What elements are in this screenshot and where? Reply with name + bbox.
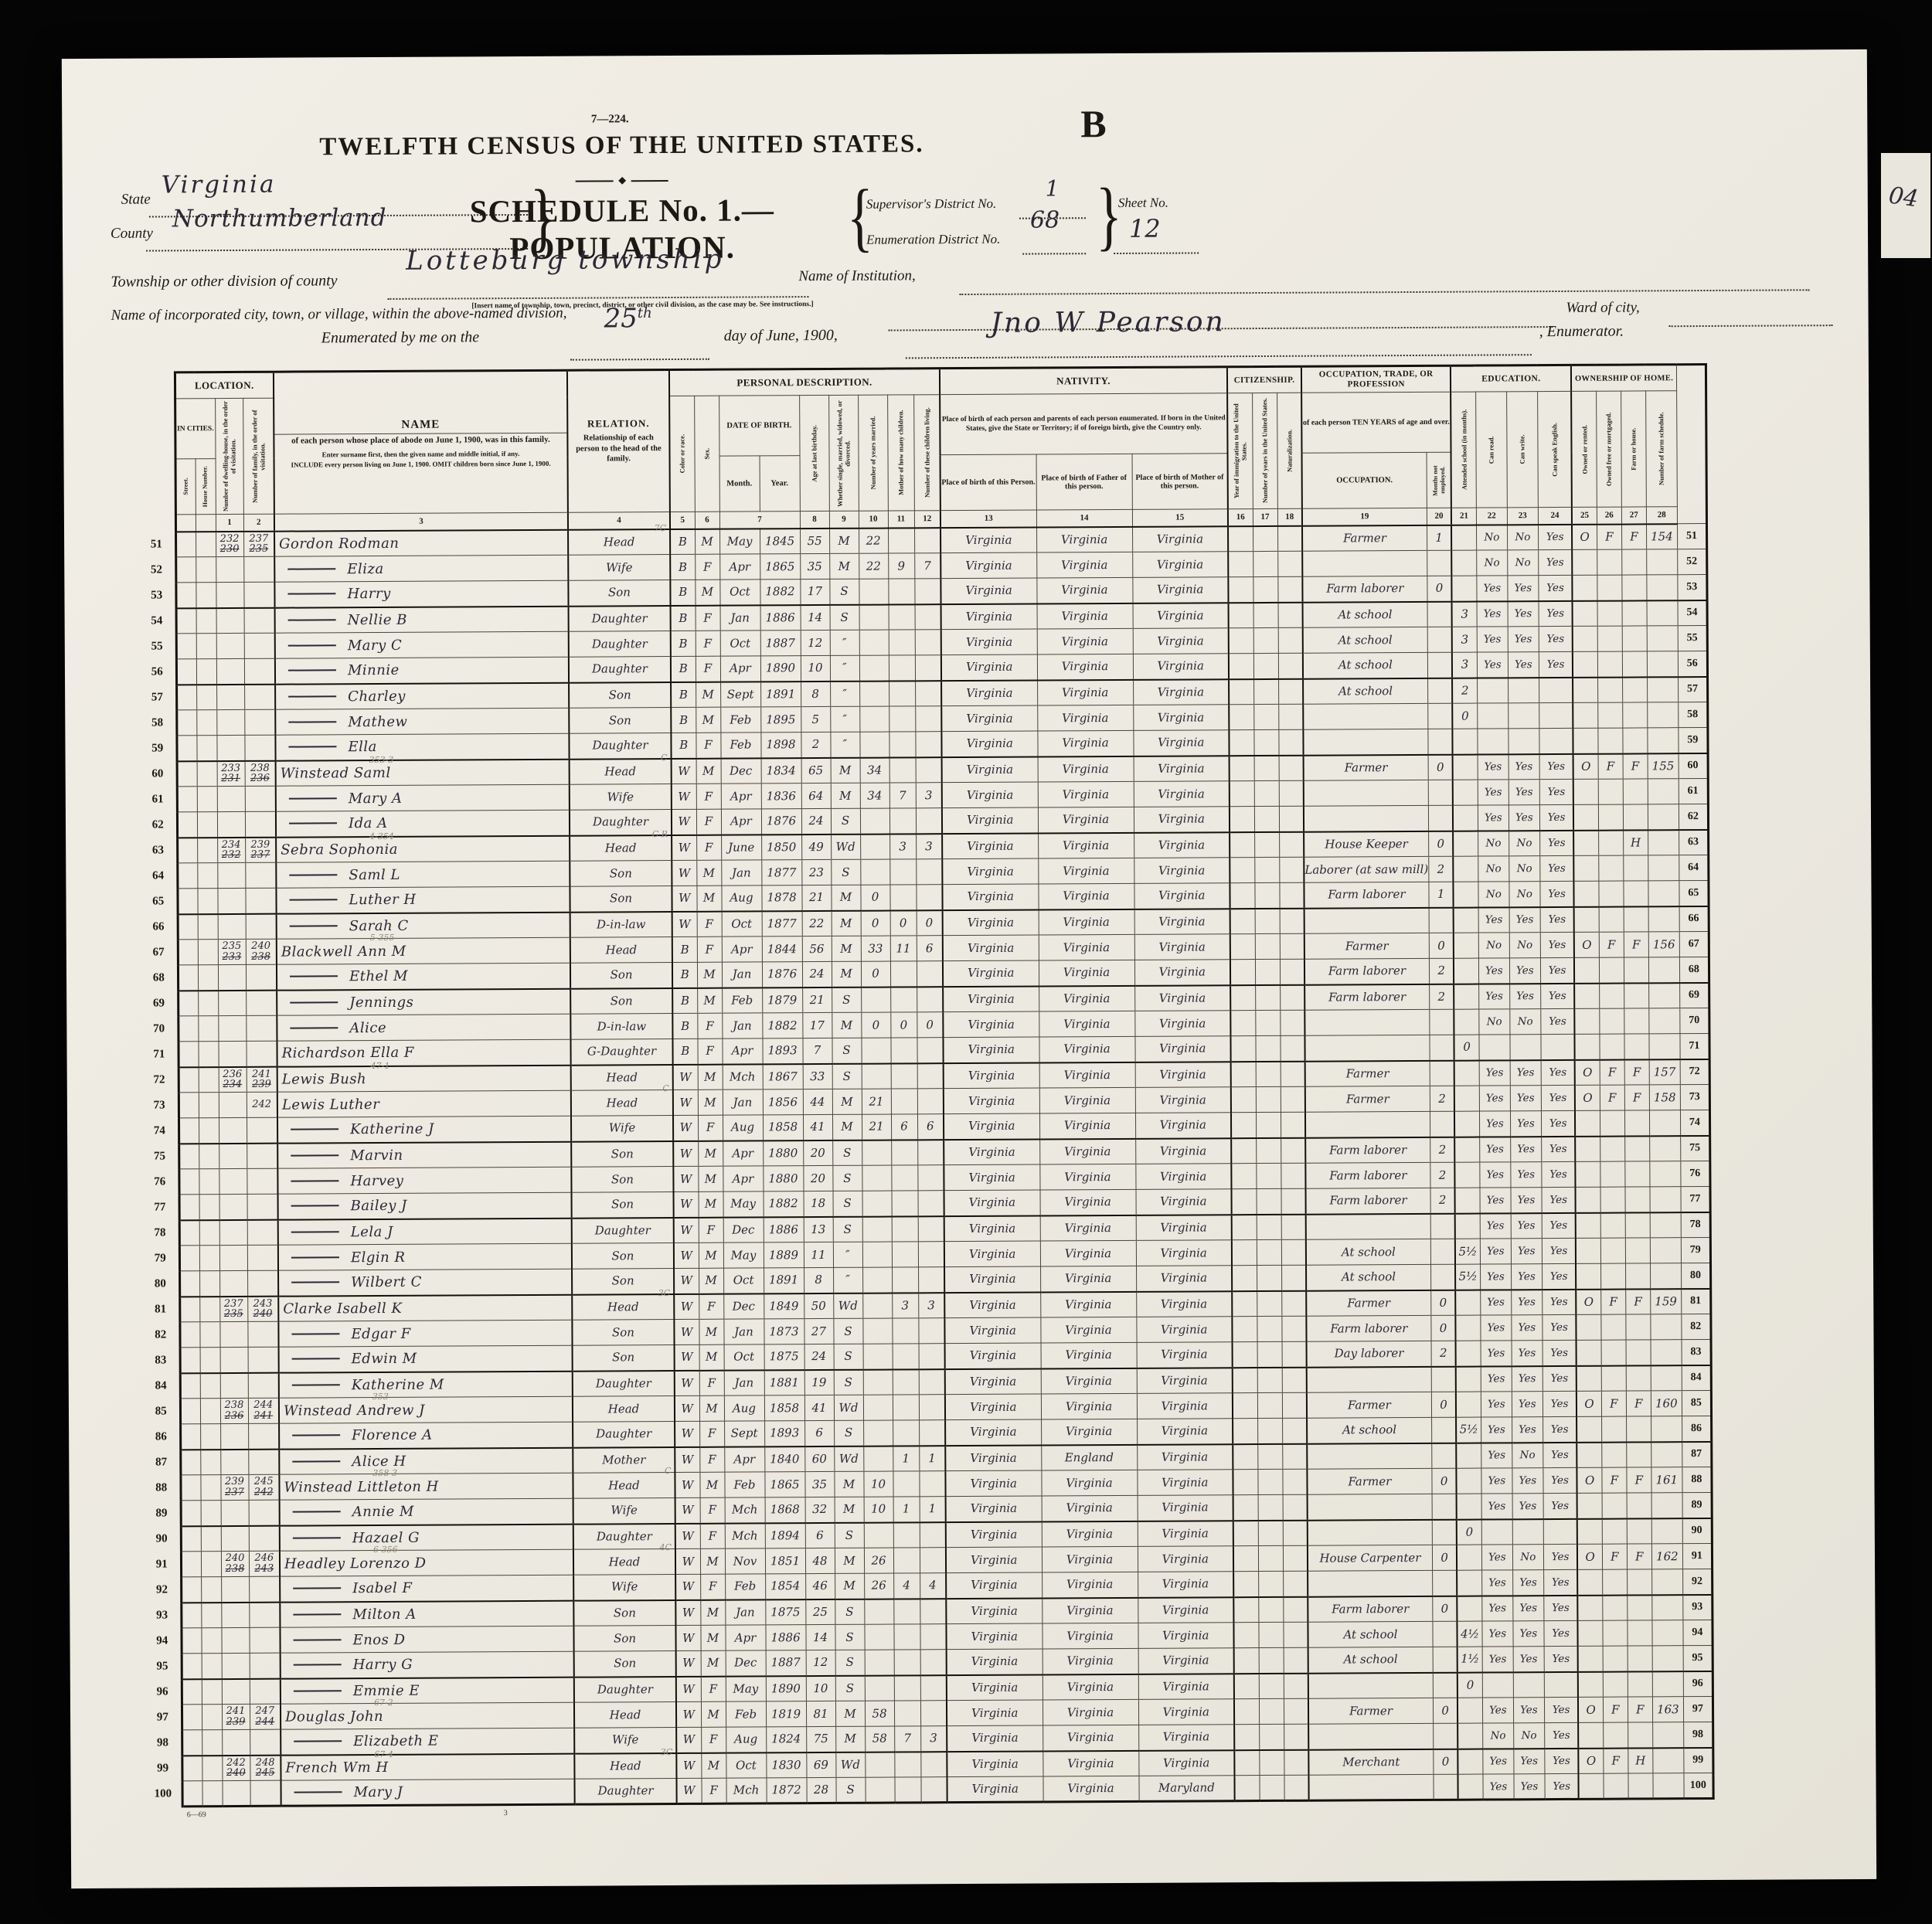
cell-house-number	[196, 608, 216, 634]
cell-pob-father: Virginia	[1037, 603, 1133, 629]
cell-dwelling-number	[219, 1092, 247, 1117]
cell-house-number	[201, 1577, 221, 1603]
cell-dwelling-number: 239237	[220, 1474, 248, 1500]
cell-marital-status: S	[832, 1038, 861, 1063]
ward-line	[1669, 325, 1833, 327]
cell-sex: M	[696, 860, 721, 886]
cell-years-in-us	[1257, 1469, 1282, 1494]
cell-color-race: B	[671, 631, 696, 656]
cell-pob-father: Virginia	[1037, 654, 1133, 680]
cell-street	[178, 940, 198, 965]
cell-birth-year: 1880	[763, 1166, 803, 1191]
cell-mother-of-children: 0	[890, 1012, 917, 1038]
row-number-left: 91	[144, 1552, 181, 1577]
cell-pob-father: Virginia	[1039, 985, 1134, 1011]
cell-birth-year: 1836	[761, 784, 801, 809]
cell-relation: CHead	[573, 1473, 675, 1499]
cell-age: 12	[806, 1650, 835, 1675]
cell-name: Elgin R	[278, 1243, 572, 1270]
cell-age: 75	[806, 1726, 835, 1752]
cell-years-in-us	[1257, 1265, 1281, 1290]
cell-years-married	[865, 1752, 894, 1777]
cell-house-number	[202, 1679, 222, 1705]
cell-pob-person: Virginia	[944, 1139, 1039, 1165]
cell-years-in-us	[1258, 1545, 1283, 1571]
ditto-dash	[290, 925, 338, 926]
cell-family-number	[246, 964, 277, 990]
form-footer-col: 3	[504, 1809, 508, 1817]
cell-year-immigration	[1233, 1342, 1257, 1368]
cell-color-race: W	[673, 1089, 698, 1115]
cell-birth-month: Feb	[726, 1701, 766, 1727]
cell-dwelling-number	[218, 1015, 246, 1041]
cell-birth-month: Jan	[723, 1089, 763, 1115]
cell-farm-schedule	[1648, 830, 1679, 855]
enumeration-day-suffix: th	[638, 305, 652, 321]
cell-age: 14	[801, 604, 830, 630]
cell-can-write: No	[1513, 1723, 1544, 1749]
cell-family-number	[245, 862, 276, 888]
row-number-right: 71	[1680, 1033, 1709, 1059]
cell-age: 24	[801, 808, 831, 834]
cell-relation: Head	[571, 1065, 673, 1091]
cell-years-married: 0	[860, 885, 889, 910]
cell-year-immigration	[1228, 577, 1253, 603]
cell-dwelling-number	[216, 684, 244, 709]
cell-family-number	[248, 1372, 279, 1398]
cell-mother-of-children	[889, 732, 915, 757]
cell-owned-rented: O	[1573, 753, 1598, 779]
colnum-8: 8	[800, 511, 829, 528]
cell-color-race: B	[671, 682, 696, 707]
cell-years-married	[862, 1267, 892, 1293]
cell-house-number	[196, 557, 216, 583]
cell-can-speak-english: Yes	[1541, 1110, 1575, 1136]
cell-years-in-us	[1259, 1673, 1284, 1698]
cell-year-immigration	[1233, 1495, 1258, 1521]
institution-label: Name of Institution,	[798, 267, 916, 285]
cell-dwelling-number	[217, 862, 245, 888]
cell-attended-school	[1457, 1494, 1481, 1519]
cell-pob-father: Virginia	[1036, 526, 1132, 552]
cell-birth-year: 1868	[765, 1497, 805, 1523]
cell-owned-rented	[1573, 575, 1597, 600]
cell-age: 25	[805, 1599, 835, 1624]
cell-dwelling-number: 237235	[219, 1296, 247, 1321]
cell-marital-status: M	[832, 1012, 861, 1038]
cell-color-race: B	[671, 656, 696, 682]
cell-age: 20	[803, 1140, 832, 1165]
cell-family-number	[247, 1245, 278, 1270]
cell-dwelling-number: 232230	[216, 531, 243, 556]
cell-pob-father: Virginia	[1039, 1138, 1135, 1164]
cell-birth-month: Apr	[719, 554, 760, 580]
cell-marital-status: M	[831, 783, 860, 808]
row-number-right: 52	[1678, 549, 1707, 574]
cell-dwelling-number	[221, 1500, 249, 1525]
cell-owned-rented	[1577, 1518, 1602, 1544]
cell-house-number	[198, 991, 218, 1016]
cell-owned-rented	[1573, 779, 1598, 804]
cell-name: Mary J	[281, 1779, 574, 1806]
cell-naturalization	[1283, 1596, 1308, 1622]
cell-can-read: Yes	[1480, 1188, 1511, 1213]
cell-can-speak-english	[1539, 702, 1573, 728]
cell-free-mortgaged: F	[1600, 1085, 1624, 1110]
cell-street	[181, 1501, 201, 1526]
cell-naturalization	[1277, 576, 1302, 602]
cell-naturalization	[1280, 933, 1304, 959]
cell-street	[179, 1322, 199, 1348]
cell-owned-rented: O	[1577, 1391, 1601, 1416]
cell-street	[177, 863, 197, 889]
cell-farm-house	[1622, 600, 1647, 626]
cell-children-living: 6	[917, 936, 943, 961]
cell-owned-rented	[1574, 881, 1599, 906]
col-months-not-employed: Months not employed.	[1427, 452, 1451, 508]
cell-pob-father: Virginia	[1039, 934, 1134, 960]
cell-farm-house: H	[1628, 1748, 1653, 1773]
cell-relation: 7CHead	[568, 529, 670, 556]
cell-family-number	[244, 709, 275, 735]
cell-pob-mother: Virginia	[1135, 1138, 1231, 1164]
cell-relation: Son	[573, 1599, 675, 1626]
cell-birth-month: Aug	[721, 886, 761, 911]
cell-can-write: Yes	[1512, 1417, 1543, 1443]
cell-owned-rented: O	[1579, 1748, 1604, 1773]
cell-mother-of-children	[891, 1089, 917, 1114]
cell-free-mortgaged	[1603, 1671, 1628, 1697]
cell-age: 60	[804, 1446, 834, 1471]
cell-family-number	[249, 1627, 280, 1653]
row-number-right: 57	[1678, 676, 1707, 702]
cell-years-married	[862, 1191, 892, 1216]
cell-sex: M	[696, 758, 721, 784]
cell-years-married	[862, 1216, 892, 1242]
cell-birth-year: 1865	[760, 554, 800, 580]
cell-farm-schedule	[1652, 1620, 1683, 1646]
cell-pob-father: Virginia	[1037, 679, 1133, 705]
cell-pob-mother: Virginia	[1137, 1470, 1233, 1496]
cell-can-write: No	[1512, 1545, 1543, 1570]
cell-house-number	[197, 761, 217, 787]
cell-family-number	[248, 1423, 279, 1449]
cell-owned-rented	[1577, 1493, 1602, 1518]
cell-can-speak-english: Yes	[1543, 1340, 1577, 1365]
cell-relation: Daughter	[572, 1218, 674, 1244]
cell-house-number	[196, 532, 216, 557]
cell-mother-of-children	[893, 1395, 919, 1420]
cell-attended-school	[1458, 1698, 1482, 1723]
cell-house-number	[199, 1322, 219, 1348]
cell-farm-schedule	[1649, 1034, 1680, 1059]
row-number-left: 72	[141, 1067, 179, 1093]
cell-year-immigration	[1231, 1062, 1256, 1087]
row-number-left: 89	[144, 1501, 181, 1526]
cell-pob-mother: Virginia	[1133, 679, 1229, 705]
cell-street	[181, 1628, 201, 1654]
cell-family-number	[246, 1015, 277, 1041]
cell-attended-school	[1454, 1060, 1479, 1086]
cell-can-speak-english: Yes	[1540, 983, 1574, 1008]
cell-birth-month: Aug	[723, 1115, 763, 1140]
cell-farm-schedule: 163	[1652, 1697, 1683, 1722]
cell-naturalization	[1281, 1061, 1305, 1086]
cell-marital-status: S	[830, 604, 859, 630]
cell-years-married	[861, 987, 890, 1012]
cell-birth-month: Jan	[722, 1013, 762, 1038]
row-number-right: 83	[1682, 1339, 1711, 1365]
colnum-14: 14	[1036, 509, 1132, 527]
cell-sex: F	[697, 937, 722, 962]
cell-sex: M	[695, 580, 719, 605]
cell-can-write: No	[1509, 856, 1540, 882]
cell-occupation	[1308, 1774, 1434, 1800]
colnum-27: 27	[1621, 507, 1646, 524]
cell-pob-person: Virginia	[944, 1241, 1040, 1267]
colnum-7: 7	[719, 512, 800, 529]
cell-pob-father: Virginia	[1042, 1521, 1138, 1547]
colnum-3: 3	[274, 512, 568, 531]
cell-dwelling-number	[216, 735, 244, 760]
cell-years-in-us	[1253, 602, 1278, 627]
cell-birth-month: Apr	[721, 784, 761, 809]
cell-dwelling-number	[222, 1653, 250, 1678]
cell-farm-schedule	[1651, 1314, 1682, 1340]
supervisor-value: 1	[1046, 175, 1060, 201]
cell-street	[181, 1603, 201, 1628]
cell-years-in-us	[1254, 780, 1279, 806]
cell-street	[180, 1399, 200, 1424]
row-number-right: 72	[1680, 1059, 1709, 1084]
cell-marital-status: M	[832, 1114, 862, 1140]
row-number-left: 94	[144, 1628, 181, 1654]
cell-years-in-us	[1253, 551, 1277, 576]
cell-years-in-us	[1256, 1163, 1281, 1188]
cell-free-mortgaged: F	[1602, 1544, 1627, 1569]
cell-sex: F	[696, 809, 721, 835]
cell-occupation	[1308, 1723, 1434, 1749]
cell-year-immigration	[1233, 1470, 1257, 1495]
cell-age: 5	[801, 706, 830, 732]
row-number-left: 82	[142, 1322, 179, 1348]
cell-months-not-employed: 0	[1432, 1545, 1457, 1570]
cell-can-speak-english	[1539, 728, 1573, 753]
cell-pob-mother: Virginia	[1135, 1164, 1231, 1190]
cell-street	[176, 710, 196, 736]
cell-can-read: Yes	[1481, 1570, 1512, 1596]
cell-dwelling-number	[218, 990, 246, 1015]
col-family-number: Number of family, in the order of visita…	[243, 398, 274, 514]
cell-farm-schedule	[1653, 1748, 1684, 1773]
cell-name: 353-3Winstead Saml	[276, 759, 570, 786]
cell-farm-house	[1625, 1187, 1650, 1212]
row-number-right: 81	[1682, 1288, 1711, 1314]
cell-farm-house	[1628, 1595, 1652, 1620]
cell-farm-schedule	[1648, 906, 1679, 932]
cell-can-speak-english: Yes	[1542, 1161, 1576, 1187]
row-number-right: 70	[1680, 1008, 1709, 1033]
cell-farm-house	[1622, 575, 1647, 600]
col-group-education: EDUCATION.	[1451, 365, 1571, 392]
cell-pob-father: Virginia	[1038, 781, 1134, 807]
cell-color-race: W	[676, 1752, 701, 1778]
cell-owned-rented: O	[1578, 1697, 1603, 1722]
row-number-right: 67	[1679, 931, 1709, 957]
cell-farm-schedule	[1650, 1212, 1681, 1238]
cell-pob-father: Virginia	[1042, 1495, 1138, 1521]
colnum-6: 6	[695, 512, 719, 529]
cell-can-speak-english: Yes	[1545, 1748, 1579, 1773]
cell-street	[180, 1424, 200, 1450]
cell-can-read: Yes	[1481, 1443, 1512, 1468]
cell-sex: M	[698, 1140, 723, 1166]
cell-marital-status: M	[829, 553, 859, 579]
cell-age: 81	[806, 1701, 835, 1726]
cell-year-immigration	[1231, 1113, 1256, 1138]
col-pob-person: Place of birth of this Person.	[940, 454, 1036, 511]
cell-months-not-employed	[1427, 678, 1452, 703]
cell-years-in-us	[1253, 525, 1277, 551]
cell-house-number	[199, 1195, 219, 1220]
cell-dwelling-number	[216, 633, 244, 658]
cell-naturalization	[1281, 1137, 1305, 1163]
cell-age: 46	[805, 1573, 835, 1599]
cell-age: 21	[802, 987, 832, 1012]
cell-farm-house	[1625, 1161, 1650, 1187]
cell-farm-house: F	[1627, 1544, 1651, 1569]
cell-farm-schedule	[1648, 881, 1679, 906]
cell-pob-mother: Virginia	[1135, 1062, 1231, 1088]
cell-color-race: W	[674, 1191, 699, 1217]
cell-house-number	[202, 1705, 222, 1730]
cell-years-married	[859, 681, 889, 706]
cell-can-read: Yes	[1482, 1621, 1513, 1647]
cell-can-speak-english: Yes	[1539, 779, 1573, 804]
cell-color-race: W	[675, 1548, 700, 1574]
cell-year-immigration	[1229, 705, 1253, 730]
cell-marital-status: M	[829, 528, 859, 553]
cell-pob-father: Virginia	[1043, 1674, 1138, 1700]
cell-years-married	[863, 1420, 893, 1446]
cell-color-race: W	[674, 1217, 699, 1242]
cell-family-number	[250, 1729, 281, 1755]
cell-free-mortgaged	[1602, 1493, 1627, 1518]
cell-name: 67-4French Wm H	[281, 1753, 574, 1780]
cell-years-married: 34	[860, 783, 889, 808]
row-number-left: 70	[141, 1016, 178, 1042]
cell-can-read: Yes	[1480, 1239, 1511, 1264]
row-number-right: 55	[1678, 625, 1707, 651]
cell-owned-rented: O	[1574, 932, 1599, 957]
cell-owned-rented: O	[1577, 1467, 1602, 1493]
cell-sex: M	[700, 1625, 725, 1650]
ditto-dash	[291, 1231, 339, 1232]
cell-mother-of-children	[888, 579, 914, 604]
cell-sex: M	[699, 1191, 723, 1217]
cell-year-immigration	[1233, 1419, 1257, 1444]
col-farm-schedule: Number of farm schedule.	[1645, 391, 1677, 507]
cell-children-living	[918, 1216, 944, 1242]
row-number-right: 64	[1679, 855, 1709, 880]
cell-attended-school: 5½	[1455, 1264, 1480, 1290]
cell-pob-person: Virginia	[947, 1725, 1043, 1752]
cell-months-not-employed	[1428, 780, 1453, 805]
row-number-left: 63	[140, 838, 177, 863]
cell-can-read: Yes	[1479, 1060, 1510, 1086]
cell-year-immigration	[1229, 679, 1253, 705]
cell-mother-of-children	[892, 1242, 918, 1267]
row-number-right: 96	[1683, 1671, 1713, 1696]
cell-birth-month: Apr	[722, 937, 762, 962]
ditto-dash	[289, 874, 337, 875]
cell-birth-month: Jan	[721, 860, 761, 886]
cell-months-not-employed	[1433, 1621, 1458, 1647]
cell-age: 56	[802, 936, 832, 961]
cell-sex: F	[699, 1293, 723, 1319]
cell-free-mortgaged	[1603, 1620, 1628, 1646]
cell-year-immigration	[1232, 1215, 1257, 1240]
enumerator-label: , Enumerator.	[1539, 323, 1624, 342]
cell-name: Marvin	[277, 1141, 571, 1168]
cell-can-read: Yes	[1481, 1545, 1512, 1570]
cell-years-in-us	[1258, 1622, 1283, 1647]
cell-months-not-employed	[1430, 1060, 1454, 1086]
cell-farm-schedule	[1647, 651, 1678, 677]
cell-family-number	[244, 735, 275, 760]
cell-color-race: B	[671, 733, 696, 758]
cell-months-not-employed	[1431, 1366, 1456, 1392]
cell-can-write: Yes	[1511, 1213, 1542, 1239]
cell-months-not-employed: 0	[1431, 1290, 1456, 1315]
cell-free-mortgaged	[1602, 1569, 1627, 1595]
col-group-occupation: OCCUPATION, TRADE, OR PROFESSION	[1301, 365, 1451, 393]
cell-pob-person: Virginia	[946, 1623, 1042, 1650]
row-number-left: 57	[139, 685, 176, 710]
cell-pob-mother: Virginia	[1134, 909, 1230, 935]
cell-birth-year: 1845	[760, 529, 800, 554]
cell-street	[179, 1169, 199, 1195]
cell-can-write: Yes	[1509, 907, 1540, 933]
cell-can-read: Yes	[1482, 1698, 1513, 1723]
cell-birth-year: 1830	[766, 1752, 806, 1778]
cell-age: 18	[804, 1191, 833, 1216]
cell-mother-of-children	[893, 1369, 919, 1395]
cell-mother-of-children	[894, 1701, 920, 1726]
cell-birth-year: 1898	[760, 733, 801, 758]
cell-house-number	[199, 1067, 219, 1093]
cell-family-number	[245, 811, 276, 837]
cell-farm-schedule	[1652, 1671, 1683, 1697]
cell-age: 22	[802, 910, 832, 936]
ditto-dash	[292, 1358, 340, 1360]
cell-pob-mother: Virginia	[1132, 526, 1228, 552]
cell-name: 358-3Winstead Littleton H	[279, 1473, 573, 1500]
cell-dwelling-number: 242240	[222, 1755, 250, 1780]
cell-pob-father: Virginia	[1042, 1546, 1138, 1572]
row-number-right: 68	[1679, 957, 1709, 982]
cell-family-number: 237235	[243, 531, 274, 556]
row-number-right: 86	[1682, 1416, 1711, 1441]
row-number-right: 90	[1682, 1518, 1712, 1543]
cell-naturalization	[1284, 1749, 1308, 1775]
cell-pob-person: Virginia	[941, 680, 1037, 706]
cell-house-number	[199, 1144, 219, 1169]
cell-years-in-us	[1255, 1010, 1280, 1035]
cell-mother-of-children	[891, 1165, 917, 1191]
cell-dwelling-number	[219, 1168, 247, 1194]
cell-farm-house	[1624, 881, 1648, 906]
